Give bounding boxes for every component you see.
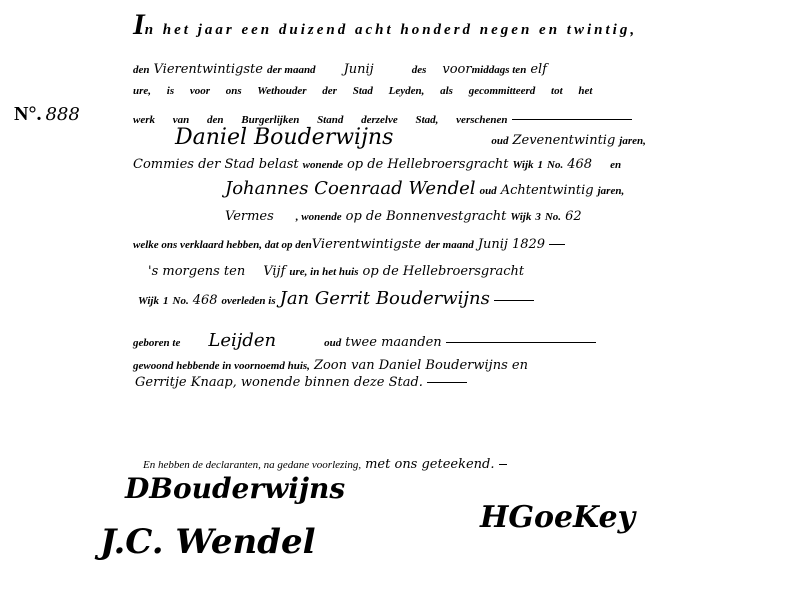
record-number-label: N°.	[14, 103, 41, 125]
deceased-age: twee maanden	[345, 335, 441, 350]
residence-line: gewoond hebbende in voornoemd huis, Zoon…	[133, 356, 528, 374]
birth-line: geboren te Leijden oud twee maanden	[133, 330, 596, 351]
signature-wendel: J.C. Wendel	[100, 522, 316, 562]
closing-line: En hebben de declaranten, na gedane voor…	[143, 455, 507, 473]
death-month: Junij	[478, 237, 508, 252]
declarant-2-line: Johannes Coenraad Wendel oud Achtentwint…	[225, 178, 624, 199]
declarant-1-house: 468	[567, 157, 592, 172]
declarant-1-line: Daniel Bouderwijns oud Zevenentwintig ja…	[175, 125, 646, 150]
birth-place: Leijden	[208, 330, 276, 351]
deceased-line: Wijk 1 No. 468 overleden is Jan Gerrit B…	[138, 288, 534, 309]
deceased-name: Jan Gerrit Bouderwijns	[280, 288, 490, 309]
declarant-2-occupation: Vermes	[225, 209, 274, 224]
declarant-2-occupation-line: Vermes , wonende op de Bonnenvestgracht …	[225, 207, 582, 225]
record-number-value: 888	[45, 104, 79, 125]
declarant-1-name: Daniel Bouderwijns	[175, 125, 393, 150]
declarant-2-house: 62	[565, 209, 582, 224]
death-place: op de Hellebroersgracht	[363, 264, 525, 279]
signature-bouderwijns: DBouderwijns	[125, 472, 345, 505]
declarant-1-street: op de Hellebroersgracht	[347, 157, 509, 172]
statement-line: welke ons verklaard hebben, dat op denVi…	[133, 235, 565, 253]
declarant-1-age: Zevenentwintig	[512, 133, 615, 148]
handwritten-month: Junij	[344, 62, 374, 77]
record-number: N°. 888	[14, 103, 80, 126]
death-day: Vierentwintigste	[312, 237, 421, 252]
declarant-2-name: Johannes Coenraad Wendel	[225, 178, 476, 199]
heading-line: In het jaar een duizend acht honderd neg…	[133, 8, 637, 42]
time-line: 's morgens ten Vijf ure, in het huis op …	[148, 262, 524, 280]
mother-name: Gerritje Knaap, wonende binnen deze Stad…	[135, 375, 423, 390]
handwritten-hour: elf	[530, 62, 547, 77]
declarant-2-street: op de Bonnenvestgracht	[346, 209, 507, 224]
heading-text: n het jaar een duizend acht honderd nege…	[145, 22, 637, 38]
parent-relation: Zoon van Daniel Bouderwijns en	[314, 358, 528, 373]
declarant-1-occupation: Commies der Stad belast	[133, 157, 299, 172]
official-line: ure, is voor ons Wethouder der Stad Leyd…	[133, 85, 592, 97]
date-line: den Vierentwintigste der maand Junij des…	[133, 60, 547, 78]
declarant-2-age: Achtentwintig	[501, 183, 594, 198]
death-hour: Vijf	[263, 264, 285, 279]
handwritten-voor: voor	[442, 62, 471, 77]
signature-official: HGoeKey	[480, 500, 635, 535]
death-year: 1829	[512, 237, 545, 252]
drop-cap: I	[133, 8, 145, 41]
signed-note: met ons geteekend.	[365, 457, 494, 472]
death-time: 's morgens ten	[148, 264, 245, 279]
declarant-1-occupation-line: Commies der Stad belast wonende op de He…	[133, 155, 621, 173]
mother-line: Gerritje Knaap, wonende binnen deze Stad…	[135, 373, 467, 391]
handwritten-day: Vierentwintigste	[154, 62, 263, 77]
